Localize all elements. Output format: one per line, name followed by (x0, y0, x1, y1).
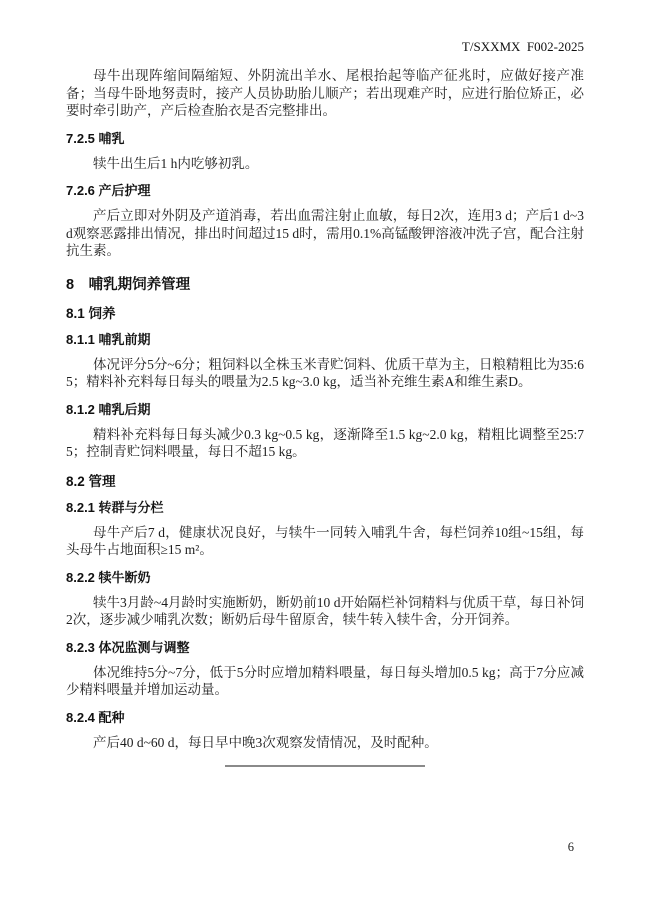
end-of-text-rule (225, 765, 425, 767)
paragraph-early-lactation: 体况评分5分~6分；粗饲料以全株玉米青贮饲料、优质干草为主，日粮精粗比为35:6… (66, 356, 584, 391)
standard-number-header: T/SXXMX F002-2025 (66, 40, 584, 54)
paragraph-calving-signs: 母牛出现阵缩间隔缩短、外阴流出羊水、尾根抬起等临产征兆时，应做好接产准备；当母牛… (66, 67, 584, 120)
section-heading-7-2-6: 7.2.6 产后护理 (66, 183, 584, 198)
section-heading-7-2-5: 7.2.5 哺乳 (66, 131, 584, 146)
paragraph-late-lactation: 精料补充料每日每头减少0.3 kg~0.5 kg，逐渐降至1.5 kg~2.0 … (66, 426, 584, 461)
section-heading-8-2-4: 8.2.4 配种 (66, 710, 584, 725)
section-heading-8-1-1: 8.1.1 哺乳前期 (66, 332, 584, 347)
chapter-heading-8: 8 哺乳期饲养管理 (66, 277, 584, 293)
section-heading-8-1-2: 8.1.2 哺乳后期 (66, 402, 584, 417)
paragraph-breeding: 产后40 d~60 d，每日早中晚3次观察发情情况，及时配种。 (66, 734, 584, 752)
paragraph-condition-monitoring: 体况维持5分~7分，低于5分时应增加精料喂量，每日每头增加0.5 kg；高于7分… (66, 664, 584, 699)
section-heading-8-2-1: 8.2.1 转群与分栏 (66, 500, 584, 515)
paragraph-postpartum-care: 产后立即对外阴及产道消毒，若出血需注射止血敏，每日2次，连用3 d；产后1 d~… (66, 207, 584, 260)
page-number: 6 (568, 840, 574, 855)
section-heading-8-2: 8.2 管理 (66, 474, 584, 489)
section-heading-8-2-2: 8.2.2 犊牛断奶 (66, 570, 584, 585)
section-heading-8-2-3: 8.2.3 体况监测与调整 (66, 640, 584, 655)
section-heading-8-1: 8.1 饲养 (66, 306, 584, 321)
document-body: 母牛出现阵缩间隔缩短、外阴流出羊水、尾根抬起等临产征兆时，应做好接产准备；当母牛… (66, 67, 584, 767)
document-page: T/SXXMX F002-2025 母牛出现阵缩间隔缩短、外阴流出羊水、尾根抬起… (0, 0, 650, 919)
paragraph-calf-weaning: 犊牛3月龄~4月龄时实施断奶，断奶前10 d开始隔栏补饲精料与优质干草，每日补饲… (66, 594, 584, 629)
paragraph-grouping-pens: 母牛产后7 d，健康状况良好，与犊牛一同转入哺乳牛舍，每栏饲养10组~15组，每… (66, 524, 584, 559)
paragraph-colostrum: 犊牛出生后1 h内吃够初乳。 (66, 155, 584, 173)
